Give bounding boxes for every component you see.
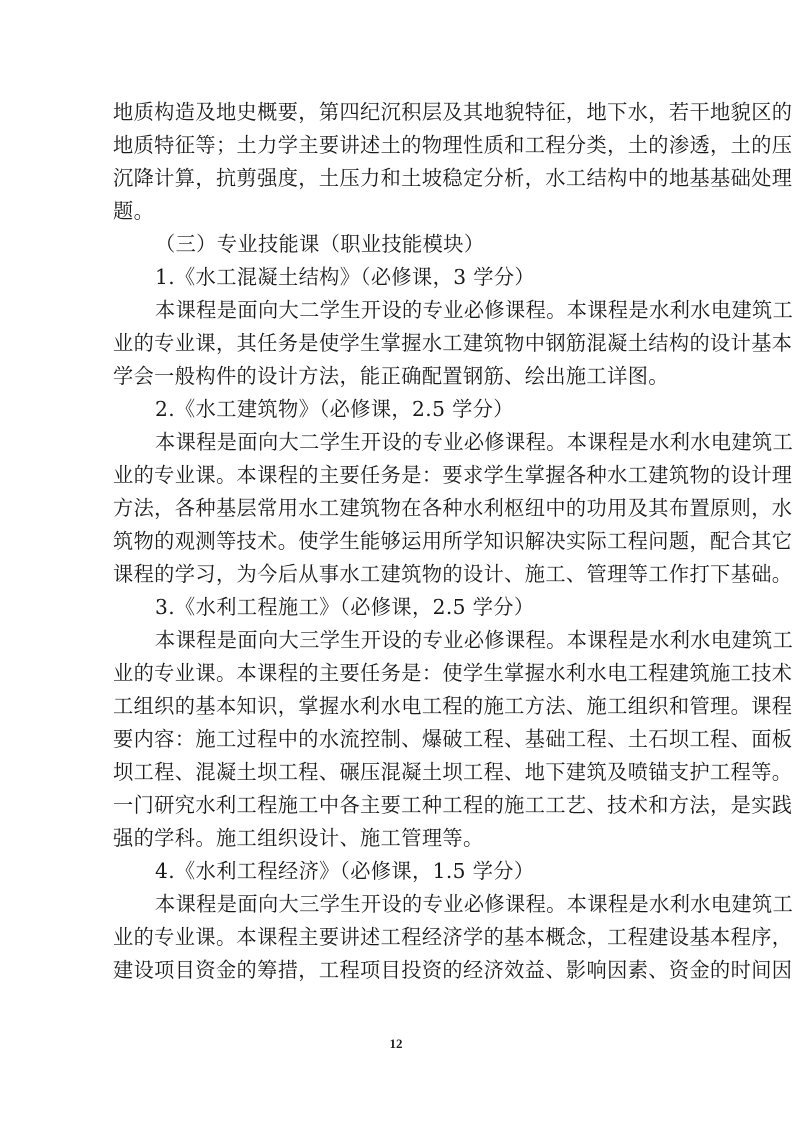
text-line: 要内容：施工过程中的水流控制、爆破工程、基础工程、土石坝工程、面板堆石: [113, 723, 681, 756]
course-title: 4.《水利工程经济》（必修课，1.5 学分）: [113, 855, 681, 888]
text-line: 一门研究水利工程施工中各主要工种工程的施工工艺、技术和方法，是实践性很: [113, 789, 681, 822]
text-line: 工组织的基本知识，掌握水利水电工程的施工方法、施工组织和管理。课程的主: [113, 690, 681, 723]
course-title: 2.《水工建筑物》（必修课，2.5 学分）: [113, 393, 681, 426]
text-line: 学会一般构件的设计方法，能正确配置钢筋、绘出施工详图。: [113, 360, 681, 393]
text-line: 地质构造及地史概要，第四纪沉积层及其地貌特征，地下水，若干地貌区的水文: [113, 96, 681, 129]
text-line: 本课程是面向大三学生开设的专业必修课程。本课程是水利水电建筑工程专: [113, 624, 681, 657]
text-line: 地质特征等；土力学主要讲述土的物理性质和工程分类，土的渗透，土的压缩与: [113, 129, 681, 162]
text-line: 坝工程、混凝土坝工程、碾压混凝土坝工程、地下建筑及喷锚支护工程等。它是: [113, 756, 681, 789]
text-line: 本课程是面向大二学生开设的专业必修课程。本课程是水利水电建筑工程专: [113, 426, 681, 459]
text-line: 业的专业课。本课程的主要任务是：要求学生掌握各种水工建筑物的设计理论和: [113, 459, 681, 492]
text-line: 本课程是面向大二学生开设的专业必修课程。本课程是水利水电建筑工程专: [113, 294, 681, 327]
text-line: 课程的学习，为今后从事水工建筑物的设计、施工、管理等工作打下基础。: [113, 558, 681, 591]
text-line: 业的专业课，其任务是使学生掌握水工建筑物中钢筋混凝土结构的设计基本理论，: [113, 327, 681, 360]
document-body: 地质构造及地史概要，第四纪沉积层及其地貌特征，地下水，若干地貌区的水文 地质特征…: [113, 96, 681, 987]
text-line: 业的专业课。本课程主要讲述工程经济学的基本概念，工程建设基本程序，工程: [113, 921, 681, 954]
text-line: 题。: [113, 195, 681, 228]
text-line: 建设项目资金的筹措，工程项目投资的经济效益、影响因素、资金的时间因素及: [113, 954, 681, 987]
text-line: 强的学科。施工组织设计、施工管理等。: [113, 822, 681, 855]
text-line: 本课程是面向大三学生开设的专业必修课程。本课程是水利水电建筑工程专: [113, 888, 681, 921]
text-line: 业的专业课。本课程的主要任务是：使学生掌握水利水电工程建筑施工技术和施: [113, 657, 681, 690]
course-title: 1.《水工混凝土结构》（必修课，3 学分）: [113, 261, 681, 294]
text-line: 方法，各种基层常用水工建筑物在各种水利枢纽中的功用及其布置原则，水工建: [113, 492, 681, 525]
text-line: 筑物的观测等技术。使学生能够运用所学知识解决实际工程问题，配合其它有关: [113, 525, 681, 558]
page-number: 12: [0, 1036, 792, 1052]
course-title: 3.《水利工程施工》（必修课，2.5 学分）: [113, 591, 681, 624]
text-line: 沉降计算，抗剪强度，土压力和土坡稳定分析，水工结构中的地基基础处理等问: [113, 162, 681, 195]
section-heading: （三）专业技能课（职业技能模块）: [113, 228, 681, 261]
